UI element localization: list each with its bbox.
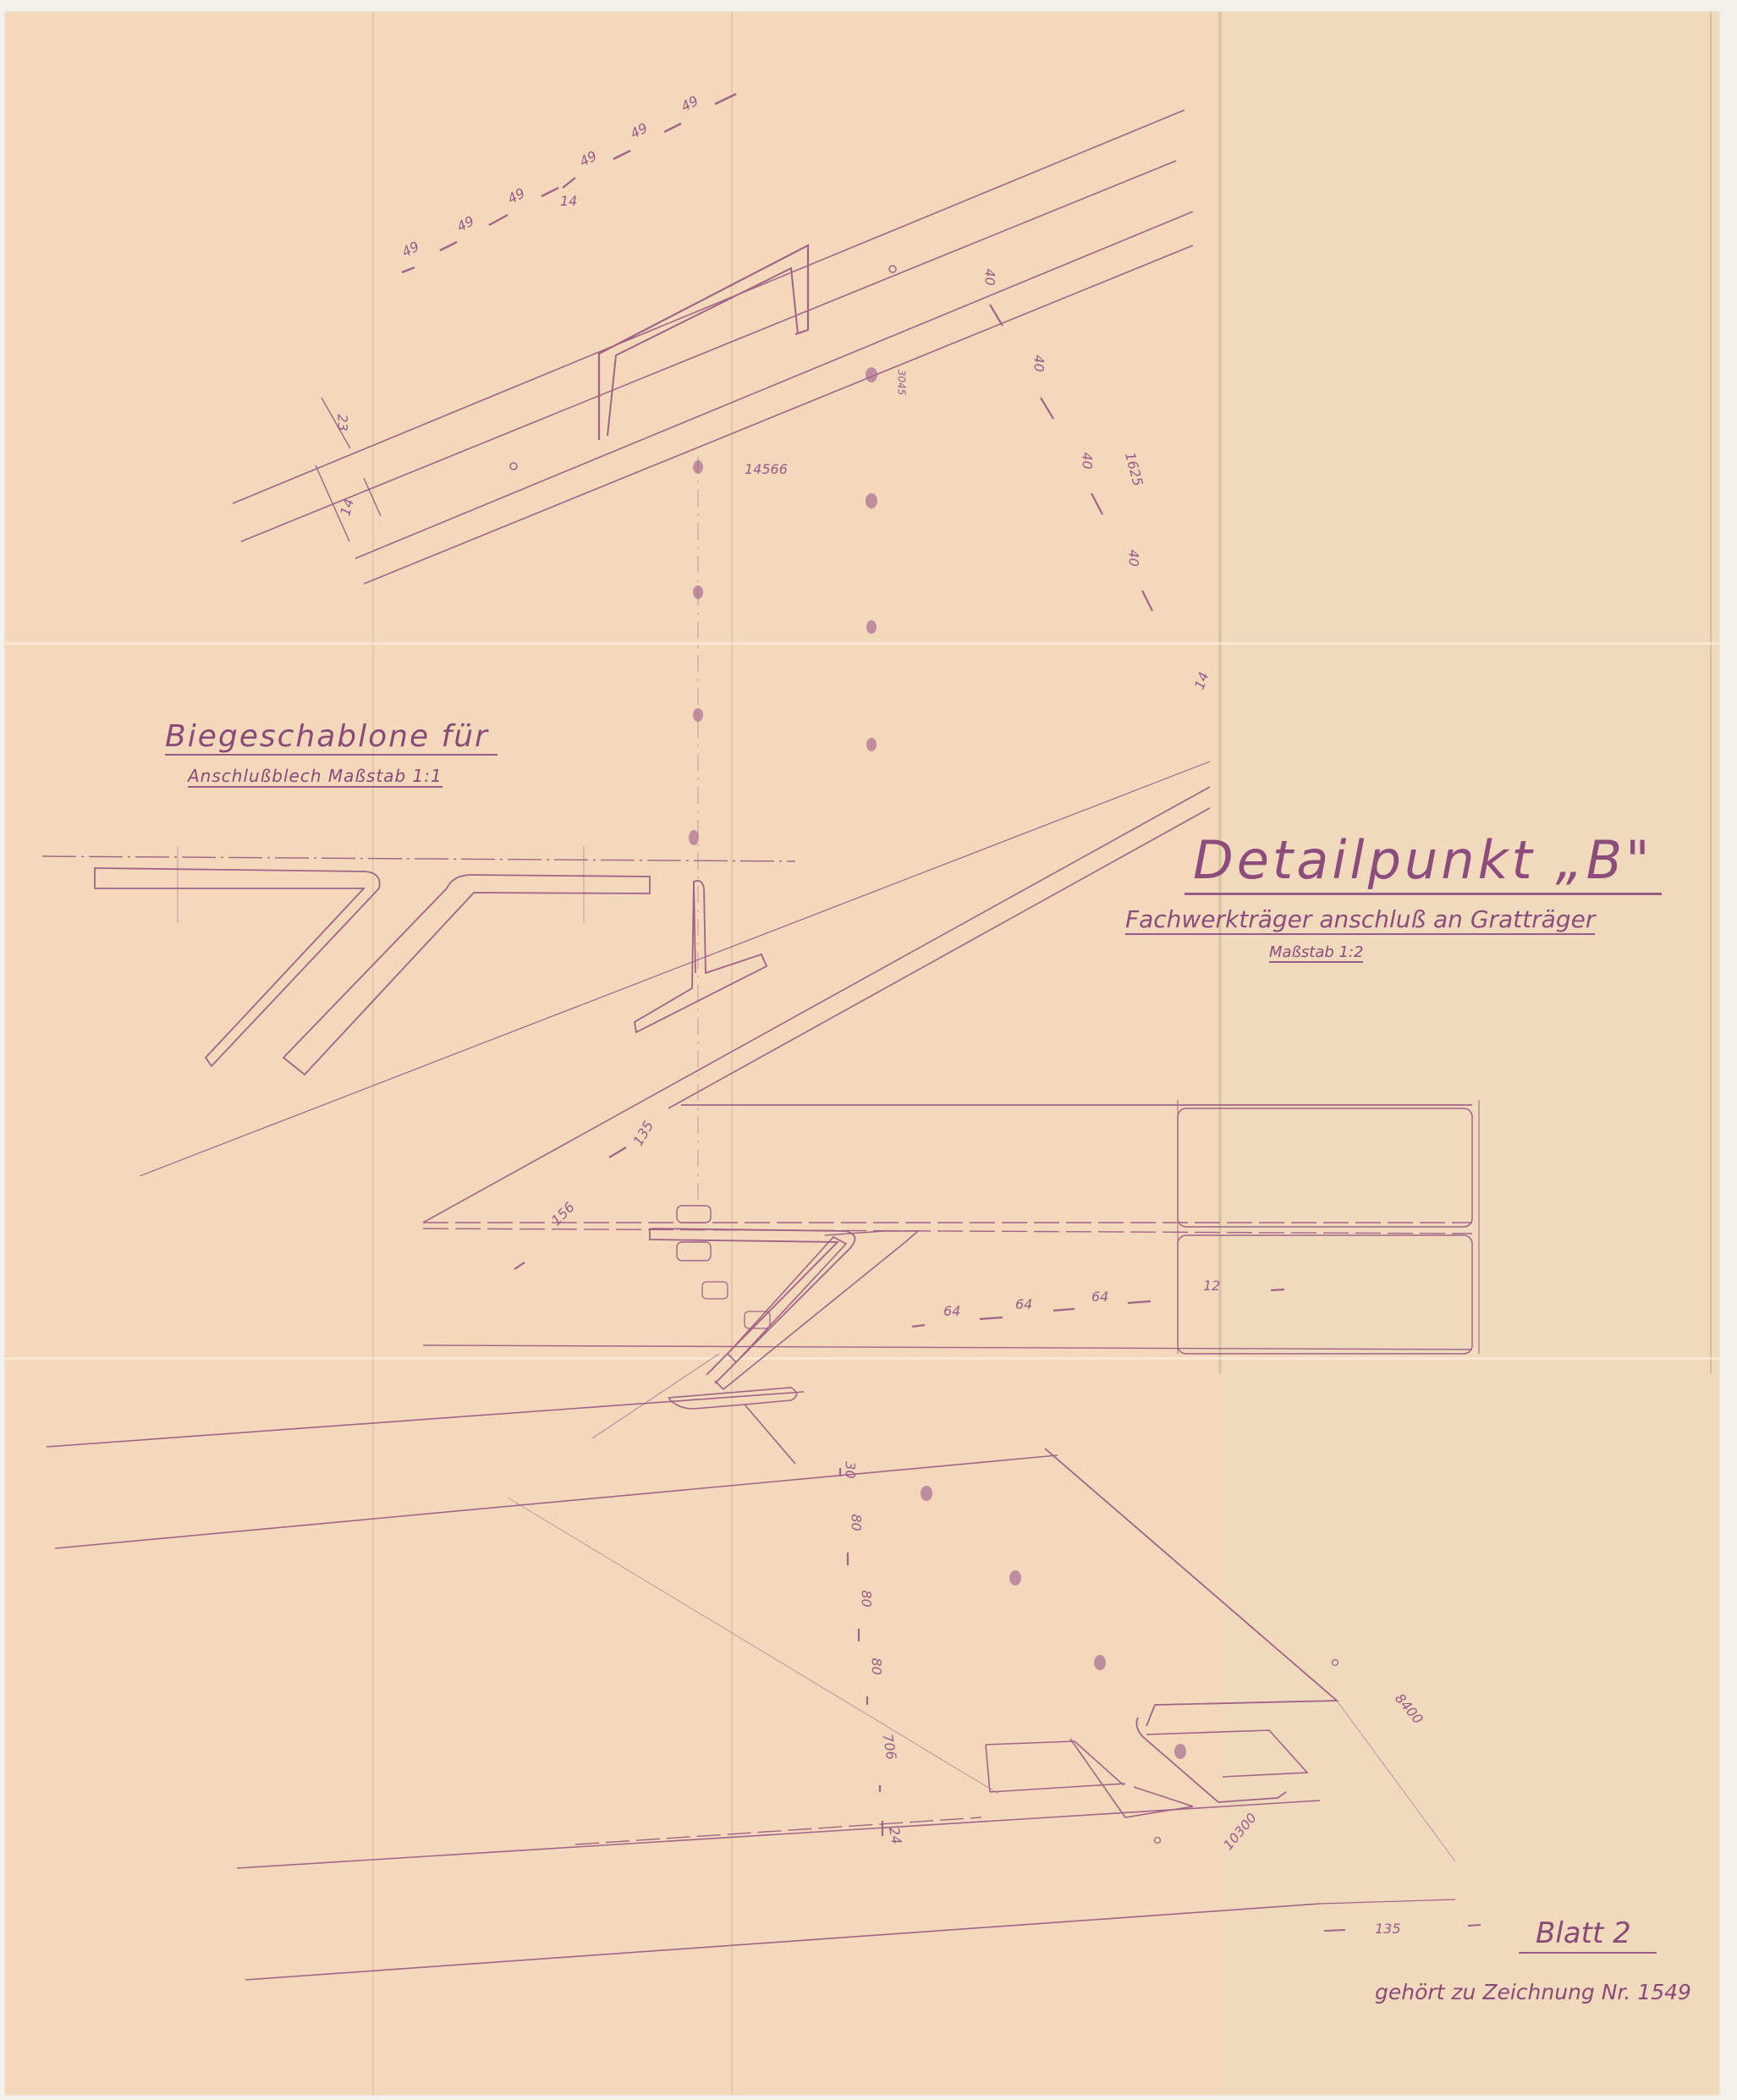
dim-label: 64 [1015,1296,1032,1312]
dim-label: 64 [943,1303,960,1319]
dim-label: 3045 [895,370,907,396]
dim-label: 30 [843,1461,859,1478]
dim-label: 24 [886,1826,904,1845]
dim-label: 80 [869,1657,885,1674]
dim-label: 40 [1126,549,1142,566]
dim-label: 12 [1203,1278,1220,1294]
dim-label: 40 [982,268,998,285]
drawing-title: Detailpunkt „B" [1185,829,1662,895]
dim-label: 14 [560,193,577,209]
technical-drawing [0,0,1737,2100]
drawing-scale: Maßstab 1:2 [1269,943,1363,963]
drawing-reference: gehört zu Zeichnung Nr. 1549 [1375,1980,1691,2004]
dim-label: 80 [859,1590,875,1607]
sheet-number: Blatt 2 [1519,1916,1657,1954]
dim-label: 80 [849,1514,865,1531]
bending-template-title: Biegeschablone für [165,719,497,756]
elevation-label: 14566 [745,461,788,477]
dim-label: 40 [1080,452,1096,469]
dim-label: 135 [1375,1921,1401,1937]
dim-label: 40 [1031,355,1047,371]
drawing-subtitle: Fachwerkträger anschluß an Gratträger [1125,905,1595,935]
bending-template-subtitle: Anschlußblech Maßstab 1:1 [188,766,442,788]
dim-label: 23 [335,414,351,431]
dim-label: 64 [1091,1289,1108,1305]
